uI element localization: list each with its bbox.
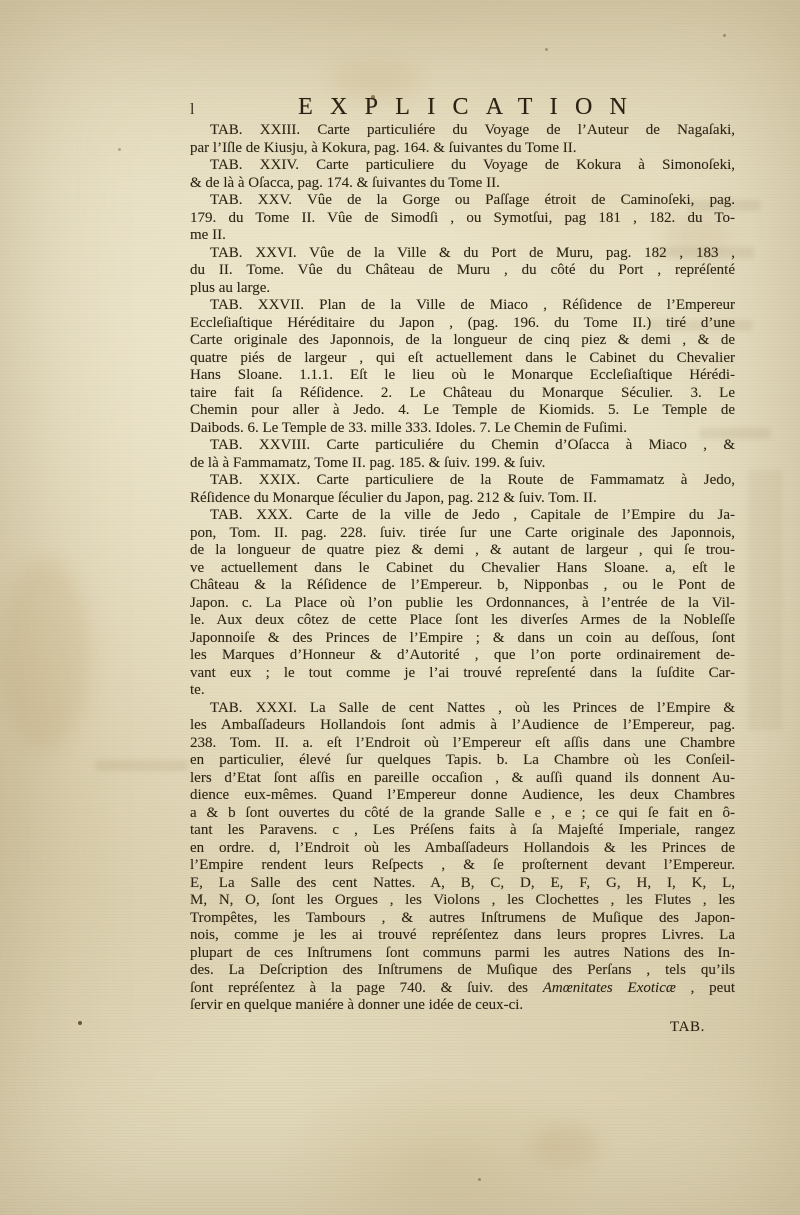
text-line: par l’Iſle de Kiusju, à Kokura, pag. 164…	[190, 140, 735, 158]
text-line: tant les Paravens. c , Les Préſens faits…	[190, 822, 735, 840]
text-line: 179. du Tome II. Vûe de Simodſi , ou Sym…	[190, 210, 735, 228]
italic-book-title: Amœnitates Exoticæ	[543, 980, 676, 996]
paragraph-tab-xxxi: TAB. XXXI. La Salle de cent Nattes , où …	[190, 700, 735, 1015]
text-line: TAB. XXIX. Carte particuliere de la Rout…	[190, 472, 735, 490]
paragraph-tab-xxviii: TAB. XXVIII. Carte particuliére du Chemi…	[190, 437, 735, 472]
text-line: a & b ſont ouvertes du côté de la grande…	[190, 805, 735, 823]
text-line: du II. Tome. Vûe du Château de Muru , du…	[190, 262, 735, 280]
paragraph-tab-xxv: TAB. XXV. Vûe de la Gorge ou Paſſage étr…	[190, 192, 735, 245]
catchword: TAB.	[670, 1019, 705, 1036]
paper-speck	[118, 148, 121, 151]
text-line: ſont repréſentez à la page 740. & ſuiv. …	[190, 980, 735, 998]
text-line: 238. Tom. II. a. eſt l’Endroit où l’Empe…	[190, 735, 735, 753]
text-line: nois, comme je les ai trouvé repréſentez…	[190, 927, 735, 945]
showthrough-mark	[96, 760, 188, 771]
paragraph-tab-xxiv: TAB. XXIV. Carte particuliere du Voyage …	[190, 157, 735, 192]
text-line: pon, Tom. II. pag. 228. ſuiv. tirée ſur …	[190, 525, 735, 543]
text-line: Château & la Réſidence de l’Empereur. b,…	[190, 577, 735, 595]
text-line: TAB. XXX. Carte de la ville de Jedo , Ca…	[190, 507, 735, 525]
text-line: quatre piés de largeur , qui eſt actuell…	[190, 350, 735, 368]
text-line: Japon. c. La Place où l’on publie les Or…	[190, 595, 735, 613]
text-line: & de là à Oſacca, pag. 174. & ſuivantes …	[190, 175, 735, 193]
text-line: en ordre. d, l’Endroit où les Ambaſſadeu…	[190, 840, 735, 858]
text-line: Chemin pour aller à Jedo. 4. Le Temple d…	[190, 402, 735, 420]
text-line: des. La Deſcription des Inſtrumens de Mu…	[190, 962, 735, 980]
text-line: TAB. XXIII. Carte particuliére du Voyage…	[190, 122, 735, 140]
foxing-stain	[0, 560, 90, 750]
text-line: TAB. XXVII. Plan de la Ville de Miaco , …	[190, 297, 735, 315]
text-line: te.	[190, 682, 735, 700]
paragraph-tab-xxix: TAB. XXIX. Carte particuliere de la Rout…	[190, 472, 735, 507]
paragraph-tab-xxvii: TAB. XXVII. Plan de la Ville de Miaco , …	[190, 297, 735, 437]
book-page-scan: { "page": { "folio_mark": "l", "title": …	[0, 0, 800, 1215]
text-line: TAB. XXV. Vûe de la Gorge ou Paſſage étr…	[190, 192, 735, 210]
text-line: lers d’Etat ſont aſſis en pareille occaſ…	[190, 770, 735, 788]
paragraph-tab-xxx: TAB. XXX. Carte de la ville de Jedo , Ca…	[190, 507, 735, 700]
page-header: l EXPLICATION	[190, 94, 735, 124]
text-line: de la longueur de quatre piez & demi , &…	[190, 542, 735, 560]
text-line: Carte originale des Japonnois, de la lon…	[190, 332, 735, 350]
folio-mark: l	[190, 102, 194, 118]
text-line: M, N, O, ſont les Orgues , les Violons ,…	[190, 892, 735, 910]
text-line: ſervir en quelque maniére à donner une i…	[190, 997, 735, 1015]
text-body: TAB. XXIII. Carte particuliére du Voyage…	[190, 122, 735, 1015]
text-line: Japonnoiſe & des Princes de l’Empire ; &…	[190, 630, 735, 648]
paragraph-tab-xxiii: TAB. XXIII. Carte particuliére du Voyage…	[190, 122, 735, 157]
text-line: ve actuellement dans le Cabinet du Cheva…	[190, 560, 735, 578]
page-title: EXPLICATION	[190, 94, 735, 120]
text-line: plus au large.	[190, 280, 735, 298]
text-line: dience eux-mêmes. Quand l’Empereur donne…	[190, 787, 735, 805]
text-line: Eccleſiaſtique Héréditaire du Japon , (p…	[190, 315, 735, 333]
text-line: vant eux ; le tout comme je l’ai trouvé …	[190, 665, 735, 683]
ink-dot	[78, 1021, 82, 1025]
showthrough-mark	[748, 470, 782, 730]
text-line: TAB. XXVI. Vûe de la Ville & du Port de …	[190, 245, 735, 263]
text-block: l EXPLICATION TAB. XXIII. Carte particul…	[190, 0, 735, 1215]
text-line: TAB. XXXI. La Salle de cent Nattes , où …	[190, 700, 735, 718]
text-line: Réſidence du Monarque ſéculier du Japon,…	[190, 490, 735, 508]
text-line: Daibods. 6. Le Temple de 33. mille 333. …	[190, 420, 735, 438]
text-line: en particulier, élevé ſur quelques Tapis…	[190, 752, 735, 770]
text-line: les Ambaſſadeurs Hollandois ſont admis à…	[190, 717, 735, 735]
text-line: me II.	[190, 227, 735, 245]
text-line: les Marques d’Honneur & d’Autorité , que…	[190, 647, 735, 665]
text-line: plupart de ces Inſtrumens ſont communs p…	[190, 945, 735, 963]
text-line: Trompêtes, les Tambours , & autres Inſtr…	[190, 910, 735, 928]
text-line: de là à Fammamatz, Tome II. pag. 185. & …	[190, 455, 735, 473]
paragraph-tab-xxvi: TAB. XXVI. Vûe de la Ville & du Port de …	[190, 245, 735, 298]
text-line: Hans Sloane. 1.1.1. Eſt le lieu où le Mo…	[190, 367, 735, 385]
text-line: taire fait ſa Réſidence. 2. Le Château d…	[190, 385, 735, 403]
text-line: l’Empire rendent leurs Reſpects , & ſe p…	[190, 857, 735, 875]
text-line: le. Aux deux côtez de cette Place ſont l…	[190, 612, 735, 630]
text-line: E, La Salle des cent Nattes. A, B, C, D,…	[190, 875, 735, 893]
text-line: TAB. XXVIII. Carte particuliére du Chemi…	[190, 437, 735, 455]
text-line: TAB. XXIV. Carte particuliere du Voyage …	[190, 157, 735, 175]
